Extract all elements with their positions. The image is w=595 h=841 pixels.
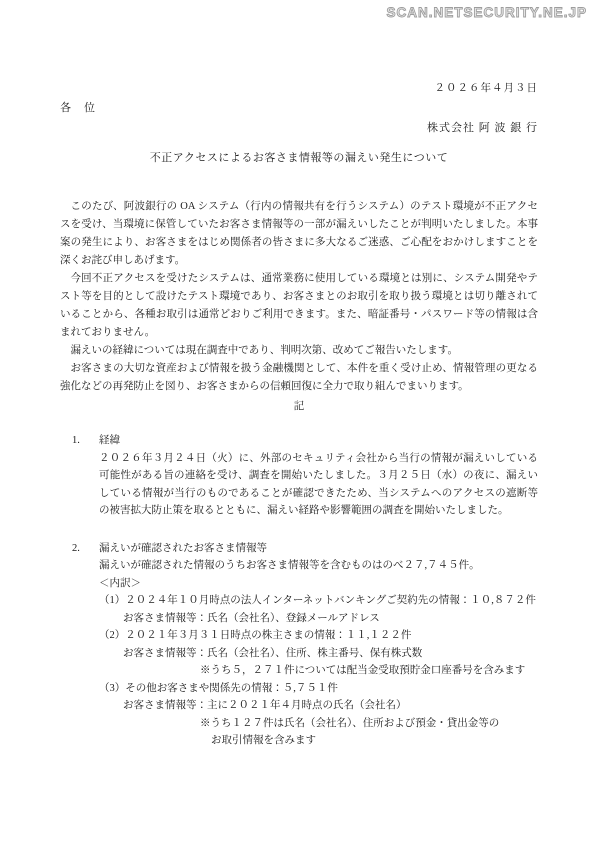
document-title: 不正アクセスによるお客さま情報等の漏えい発生について — [60, 150, 538, 166]
paragraph-incident-summary: このたび、阿波銀行の OA システム（行内の情報共有を行うシステム）のテスト環境… — [60, 198, 538, 270]
paragraph-commitment: お客さまの大切な資産および情報を扱う金融機関として、本件を重く受け止め、情報管理… — [60, 360, 538, 396]
watermark-text: SCAN.NETSECURITY.NE.JP — [386, 5, 587, 20]
section-body: ２０２６年３月２４日（火）に、外部のセキュリティ会社から当行の情報が漏えいしてい… — [99, 450, 538, 520]
addressee: 各 位 — [60, 101, 538, 115]
item-detail: お客さま情報等：氏名（会社名）、登録メールアドレス — [99, 610, 538, 628]
breakdown-item-2: （2）２０２１年３月３１日時点の株主さまの情報：１１,１２２件 お客さま情報等：… — [99, 627, 538, 680]
item-note: ※うち５，２７１件については配当金受取預貯金口座番号を含みます — [99, 662, 538, 680]
item-detail: お客さま情報等：氏名（会社名）、住所、株主番号、保有株式数 — [99, 645, 538, 663]
item-note: ※うち１２７件は氏名（会社名）、住所および預金・貸出金等の — [99, 715, 538, 733]
item-title: （3）その他お客さまや関係先の情報：５,７５１件 — [99, 680, 538, 698]
company-name: 株式会社 阿 波 銀 行 — [60, 121, 538, 135]
section-heading: 漏えいが確認されたお客さま情報等 — [99, 540, 538, 558]
section-history: 1. 経緯 ２０２６年３月２４日（火）に、外部のセキュリティ会社から当行の情報が… — [60, 432, 538, 520]
document-date: ２０２６年４月３日 — [60, 82, 538, 96]
separator-ki: 記 — [60, 398, 538, 416]
breakdown-label: ＜内訳＞ — [99, 575, 538, 593]
document-page: SCAN.NETSECURITY.NE.JP ２０２６年４月３日 各 位 株式会… — [0, 0, 595, 841]
section-heading: 経緯 — [99, 432, 538, 450]
leak-total-count: 漏えいが確認された情報のうちお客さま情報等を含むものはのべ２７,７４５件。 — [99, 557, 538, 575]
breakdown-item-3: （3）その他お客さまや関係先の情報：５,７５１件 お客さま情報等：主に２０２１年… — [99, 680, 538, 750]
body-paragraphs: このたび、阿波銀行の OA システム（行内の情報共有を行うシステム）のテスト環境… — [60, 198, 538, 396]
paragraph-investigation-status: 漏えいの経緯については現在調査中であり、判明次第、改めてご報告いたします。 — [60, 342, 538, 360]
item-note-continued: お取引情報を含みます — [99, 732, 538, 750]
item-title: （1）２０２４年１０月時点の法人インターネットバンキングご契約先の情報：１０,８… — [99, 592, 538, 610]
item-detail: お客さま情報等：主に２０２１年４月時点の氏名（会社名） — [99, 697, 538, 715]
item-title: （2）２０２１年３月３１日時点の株主さまの情報：１１,１２２件 — [99, 627, 538, 645]
section-leaked-info: 2. 漏えいが確認されたお客さま情報等 漏えいが確認された情報のうちお客さま情報… — [60, 540, 538, 750]
section-number: 2. — [60, 540, 99, 750]
breakdown-item-1: （1）２０２４年１０月時点の法人インターネットバンキングご契約先の情報：１０,８… — [99, 592, 538, 627]
paragraph-system-scope: 今回不正アクセスを受けたシステムは、通常業務に使用している環境とは別に、システム… — [60, 270, 538, 342]
section-number: 1. — [60, 432, 99, 520]
